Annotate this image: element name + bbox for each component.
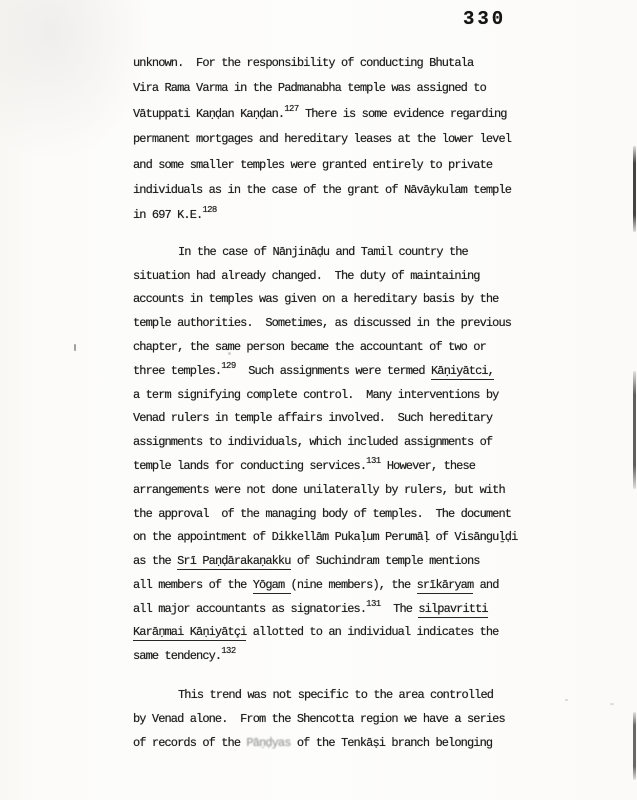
footnote-ref: 129 bbox=[221, 355, 235, 379]
text-line: unknown. For the responsibility of condu… bbox=[133, 51, 553, 76]
text-line: by Venad alone. From the Shencotta regio… bbox=[133, 708, 553, 732]
text-segment: of the Tenkāṣi branch belonging bbox=[291, 736, 493, 750]
text-segment: of Suchindram temple mentions bbox=[291, 554, 480, 568]
text-line: temple lands for conducting services.131… bbox=[133, 455, 553, 479]
text-segment: assignments to individuals, which includ… bbox=[133, 435, 492, 449]
text-line: and some smaller temples were granted en… bbox=[133, 153, 553, 178]
text-segment: three temples. bbox=[133, 364, 221, 378]
text-segment: Pāṇḍyas bbox=[246, 736, 290, 750]
scan-speck bbox=[610, 703, 614, 705]
underlined-term: silpavritti bbox=[418, 602, 487, 618]
text-line: individuals as in the case of the grant … bbox=[133, 178, 553, 203]
text-segment: of records of the bbox=[133, 736, 246, 750]
text-segment: by Venad alone. From the Shencotta regio… bbox=[133, 712, 505, 726]
text-segment: However, these bbox=[381, 459, 476, 473]
footnote-ref: 132 bbox=[221, 640, 235, 664]
scan-edge-artifact bbox=[633, 146, 636, 232]
paragraph: In the case of Nānjināḍu and Tamil count… bbox=[133, 241, 553, 669]
scan-speck bbox=[228, 352, 231, 355]
underlined-term: Karāṇmai Kāṇiyātçi bbox=[133, 625, 246, 641]
text-line: all major accountants as signatories.131… bbox=[133, 598, 553, 622]
page-text: unknown. For the responsibility of condu… bbox=[133, 51, 553, 755]
scan-edge-artifact bbox=[633, 371, 636, 489]
text-line: Vātuppati Kaṇḍan Kaṇḍan.127 There is som… bbox=[133, 102, 553, 127]
underlined-term: Yōgam bbox=[253, 578, 291, 594]
footnote-ref: 131 bbox=[366, 593, 380, 617]
text-segment: Vira Rama Varma in the Padmanabha temple… bbox=[133, 81, 486, 95]
underlined-term: srīkāryam bbox=[417, 578, 474, 594]
scan-speck bbox=[74, 344, 76, 351]
text-segment: and some smaller temples were granted en… bbox=[133, 158, 492, 172]
text-segment: as the bbox=[133, 554, 177, 568]
footnote-ref: 131 bbox=[366, 450, 380, 474]
text-segment: chapter, the same person became the acco… bbox=[133, 340, 486, 354]
underlined-term: Kāṇiyātci, bbox=[431, 364, 494, 380]
text-segment: Venad rulers in temple affairs involved.… bbox=[133, 411, 492, 425]
text-segment: accounts in temples was given on a hered… bbox=[133, 292, 498, 306]
text-line: of records of the Pāṇḍyas of the Tenkāṣi… bbox=[133, 732, 553, 756]
text-segment: Such assignments were termed bbox=[236, 364, 431, 378]
text-line: situation had already changed. The duty … bbox=[133, 265, 553, 289]
text-line: in 697 K.E.128 bbox=[133, 203, 553, 228]
text-line: on the appointment of Dikkellām Pukaḷum … bbox=[133, 526, 553, 550]
text-line: This trend was not specific to the area … bbox=[133, 684, 553, 708]
text-line: permanent mortgages and hereditary lease… bbox=[133, 127, 553, 152]
text-segment: (nine members), the bbox=[291, 578, 417, 592]
text-segment: In the case of Nānjināḍu and Tamil count… bbox=[178, 245, 468, 259]
text-line: arrangements were not done unilaterally … bbox=[133, 479, 553, 503]
text-segment: permanent mortgages and hereditary lease… bbox=[133, 132, 511, 146]
text-segment: There is some evidence regarding bbox=[299, 107, 507, 121]
footnote-ref: 128 bbox=[202, 198, 216, 223]
underlined-term: Srī Paṇḍārakaṇakku bbox=[177, 554, 290, 570]
text-segment: the approval of the managing body of tem… bbox=[133, 507, 511, 521]
scan-speck bbox=[565, 699, 568, 701]
text-segment: unknown. For the responsibility of condu… bbox=[133, 56, 473, 70]
text-segment: temple authorities. Sometimes, as discus… bbox=[133, 316, 511, 330]
footnote-ref: 127 bbox=[284, 97, 298, 122]
text-segment: on the appointment of Dikkellām Pukaḷum … bbox=[133, 530, 517, 544]
text-segment: situation had already changed. The duty … bbox=[133, 269, 480, 283]
text-line: Venad rulers in temple affairs involved.… bbox=[133, 407, 553, 431]
text-segment: arrangements were not done unilaterally … bbox=[133, 483, 505, 497]
text-segment: The bbox=[381, 602, 419, 616]
text-line: chapter, the same person became the acco… bbox=[133, 336, 553, 360]
scan-edge-artifact bbox=[633, 712, 636, 780]
text-segment: all major accountants as signatories. bbox=[133, 602, 366, 616]
text-line: three temples.129 Such assignments were … bbox=[133, 360, 553, 384]
text-line: In the case of Nānjināḍu and Tamil count… bbox=[133, 241, 553, 265]
text-segment: and bbox=[473, 578, 498, 592]
text-segment: temple lands for conducting services. bbox=[133, 459, 366, 473]
text-line: accounts in temples was given on a hered… bbox=[133, 288, 553, 312]
text-line: Vira Rama Varma in the Padmanabha temple… bbox=[133, 76, 553, 101]
text-segment: Vātuppati Kaṇḍan Kaṇḍan. bbox=[133, 107, 284, 121]
text-line: all members of the Yōgam (nine members),… bbox=[133, 574, 553, 598]
text-line: the approval of the managing body of tem… bbox=[133, 503, 553, 527]
page-number: 330 bbox=[463, 8, 506, 30]
text-segment: same tendency. bbox=[133, 649, 221, 663]
text-line: as the Srī Paṇḍārakaṇakku of Suchindram … bbox=[133, 550, 553, 574]
text-segment: allotted to an individual indicates the bbox=[246, 625, 498, 639]
text-line: a term signifying complete control. Many… bbox=[133, 384, 553, 408]
text-line: assignments to individuals, which includ… bbox=[133, 431, 553, 455]
paragraph: unknown. For the responsibility of condu… bbox=[133, 51, 553, 229]
paragraph: This trend was not specific to the area … bbox=[133, 684, 553, 755]
text-segment: all members of the bbox=[133, 578, 253, 592]
text-line: temple authorities. Sometimes, as discus… bbox=[133, 312, 553, 336]
text-segment: This trend was not specific to the area … bbox=[178, 688, 493, 702]
text-segment: in 697 K.E. bbox=[133, 208, 202, 222]
text-segment: individuals as in the case of the grant … bbox=[133, 183, 511, 197]
text-segment: a term signifying complete control. Many… bbox=[133, 388, 498, 402]
text-line: same tendency.132 bbox=[133, 645, 553, 669]
text-line: Karāṇmai Kāṇiyātçi allotted to an indivi… bbox=[133, 621, 553, 645]
